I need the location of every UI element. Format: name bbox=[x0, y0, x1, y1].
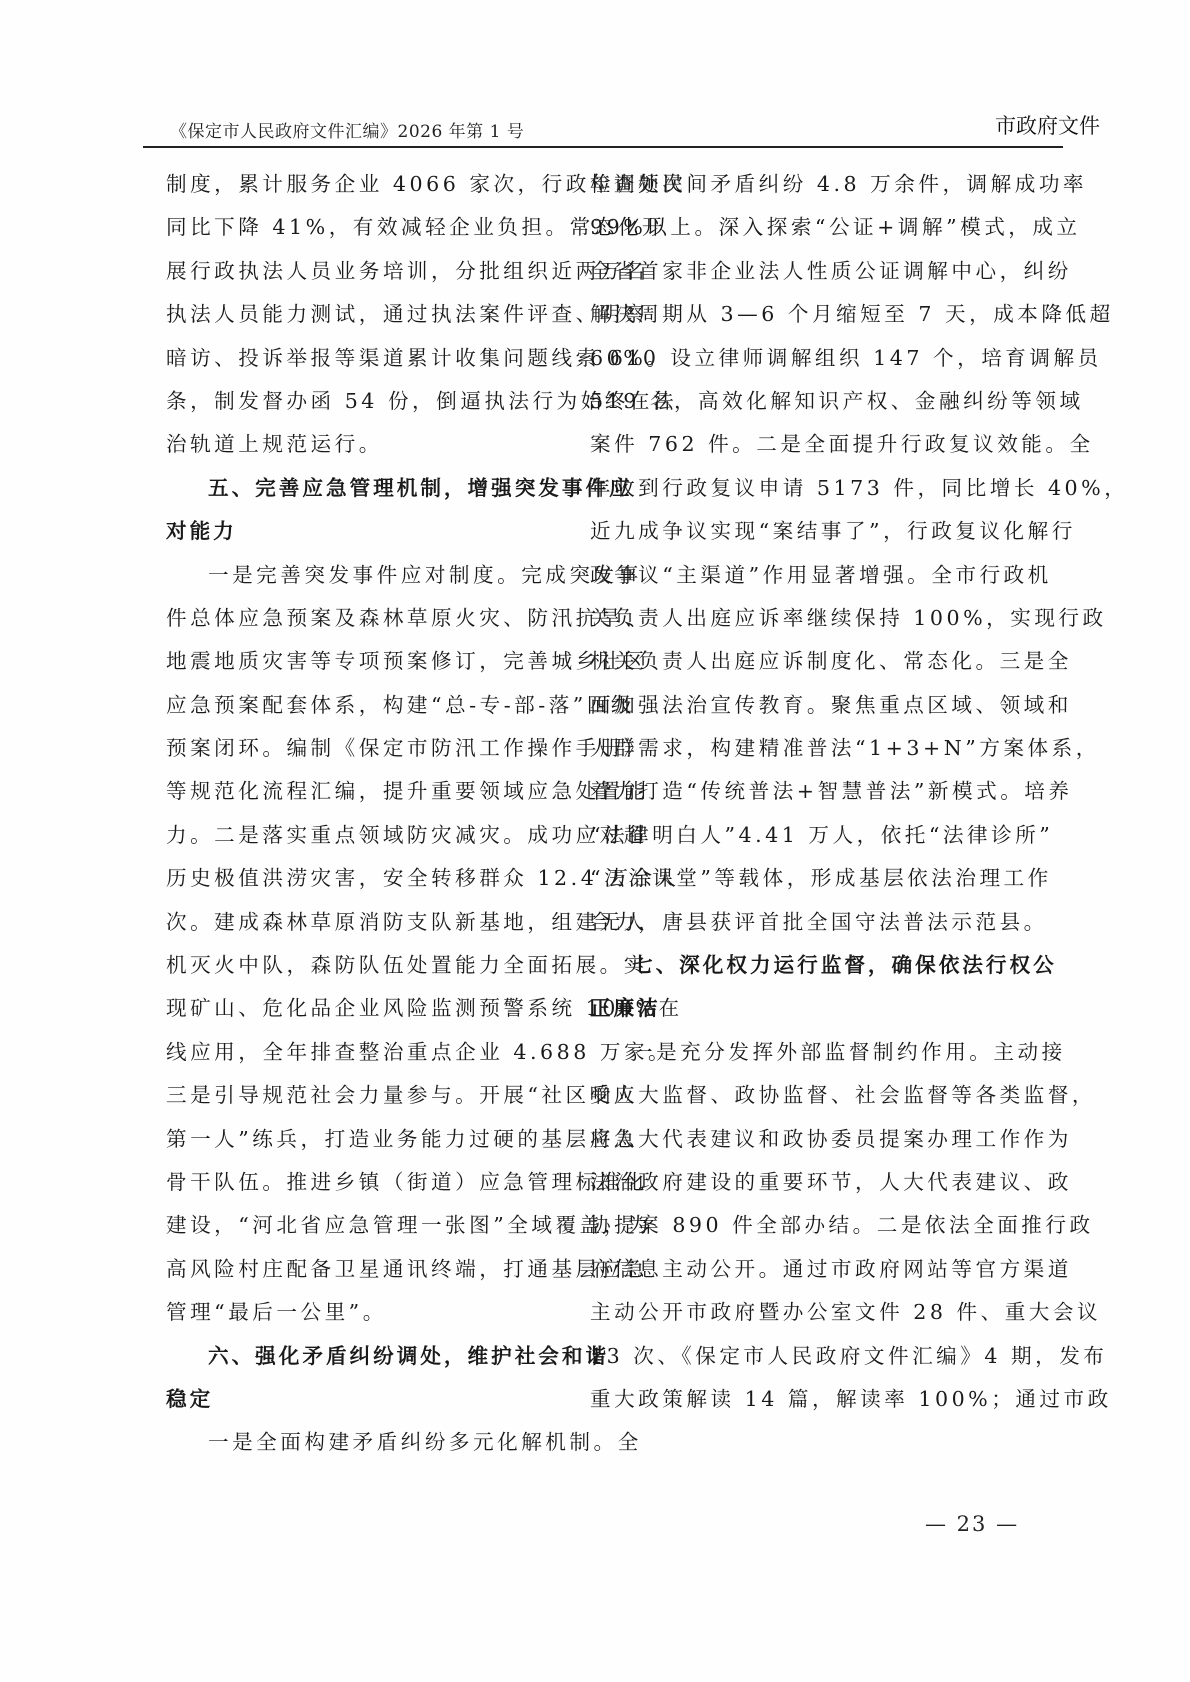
body-text-line: 主动公开市政府暨办公室文件 28 件、重大会议 bbox=[590, 1291, 1010, 1334]
body-text-line: 519 名，高效化解知识产权、金融纠纷等领域 bbox=[590, 380, 1010, 423]
section-heading-line: 正廉洁 bbox=[590, 987, 1010, 1030]
header-divider bbox=[143, 146, 1063, 148]
body-text-line: 地震地质灾害等专项预案修订，完善城乡社区 bbox=[166, 640, 586, 683]
body-text-line: 合力，唐县获评首批全国守法普法示范县。 bbox=[590, 901, 1010, 944]
body-text-line: 协提案 890 件全部办结。二是依法全面推行政 bbox=[590, 1204, 1010, 1247]
body-text-line: 府信息主动公开。通过市政府网站等官方渠道 bbox=[590, 1248, 1010, 1291]
body-text-line: 第一人”练兵，打造业务能力过硬的基层应急 bbox=[166, 1118, 586, 1161]
body-text-line: 高风险村庄配备卫星通讯终端，打通基层应急 bbox=[166, 1248, 586, 1291]
body-text-line: 着力打造“传统普法+智慧普法”新模式。培养 bbox=[590, 770, 1010, 813]
body-text-line: 受人大监督、政协监督、社会监督等各类监督， bbox=[590, 1074, 1010, 1117]
body-text-line: 执法人员能力测试，通过执法案件评查、明察 bbox=[166, 293, 586, 336]
body-text-line: 法治政府建设的重要环节，人大代表建议、政 bbox=[590, 1161, 1010, 1204]
body-text-line: 政争议“主渠道”作用显著增强。全市行政机 bbox=[590, 554, 1010, 597]
body-text-line: 全省首家非企业法人性质公证调解中心，纠纷 bbox=[590, 250, 1010, 293]
body-text-line: “法治课堂”等载体，形成基层依法治理工作 bbox=[590, 857, 1010, 900]
section-heading-line: 稳定 bbox=[166, 1378, 586, 1421]
body-text-line: 同比下降 41%，有效减轻企业负担。常态化开 bbox=[166, 206, 586, 249]
body-text-line: 次。建成森林草原消防支队新基地，组建无人 bbox=[166, 901, 586, 944]
body-text-line: 13 次、《保定市人民政府文件汇编》4 期，发布 bbox=[590, 1335, 1010, 1378]
body-text-line: 展行政执法人员业务培训，分批组织近两万名 bbox=[166, 250, 586, 293]
section-heading-line: 五、完善应急管理机制，增强突发事件应 bbox=[166, 467, 586, 510]
body-text-line: 机灭火中队，森防队伍处置能力全面拓展。实 bbox=[166, 944, 586, 987]
body-text-line: 三是引导规范社会力量参与。开展“社区响应 bbox=[166, 1074, 586, 1117]
body-text-line: 面加强法治宣传教育。聚焦重点区域、领域和 bbox=[590, 684, 1010, 727]
section-label: 市政府文件 bbox=[995, 110, 1100, 140]
body-text-line: 管理“最后一公里”。 bbox=[166, 1291, 586, 1334]
page-number: — 23 — bbox=[925, 1512, 1019, 1536]
body-text-line: 解决周期从 3—6 个月缩短至 7 天，成本降低超 bbox=[590, 293, 1010, 336]
section-heading-line: 六、强化矛盾纠纷调处，维护社会和谐 bbox=[166, 1335, 586, 1378]
section-heading-line: 七、深化权力运行监督，确保依法行权公 bbox=[590, 944, 1010, 987]
body-text-line: 线应用，全年排查整治重点企业 4.688 万家。 bbox=[166, 1031, 586, 1074]
body-text-line: 等规范化流程汇编，提升重要领域应急处置能 bbox=[166, 770, 586, 813]
body-text-line: 预案闭环。编制《保定市防汛工作操作手册》 bbox=[166, 727, 586, 770]
body-text-line: 一是全面构建矛盾纠纷多元化解机制。全 bbox=[166, 1421, 586, 1464]
document-page: 《保定市人民政府文件汇编》2026 年第 1 号 市政府文件 制度，累计服务企业… bbox=[0, 0, 1190, 1682]
body-text-line: 历史极值洪涝灾害，安全转移群众 12.4 万余人 bbox=[166, 857, 586, 900]
body-text-line: 建设，“河北省应急管理一张图”全域覆盖，为 bbox=[166, 1204, 586, 1247]
body-text-line: 力。二是落实重点领域防灾减灾。成功应对超 bbox=[166, 814, 586, 857]
body-text-line: 治轨道上规范运行。 bbox=[166, 423, 586, 466]
body-text-line: 条，制发督办函 54 份，倒逼执法行为始终在法 bbox=[166, 380, 586, 423]
body-text-line: 60%。设立律师调解组织 147 个，培育调解员 bbox=[590, 337, 1010, 380]
right-column: 年调处民间矛盾纠纷 4.8 万余件，调解成功率99%以上。深入探索“公证+调解”… bbox=[590, 163, 1010, 1421]
body-text-line: 年收到行政复议申请 5173 件，同比增长 40%， bbox=[590, 467, 1010, 510]
body-text-line: 一是充分发挥外部监督制约作用。主动接 bbox=[590, 1031, 1010, 1074]
body-text-line: 近九成争议实现“案结事了”，行政复议化解行 bbox=[590, 510, 1010, 553]
body-text-line: 一是完善突发事件应对制度。完成突发事 bbox=[166, 554, 586, 597]
body-text-line: 现矿山、危化品企业风险监测预警系统 100%在 bbox=[166, 987, 586, 1030]
body-text-line: 年调处民间矛盾纠纷 4.8 万余件，调解成功率 bbox=[590, 163, 1010, 206]
body-text-line: “法律明白人”4.41 万人，依托“法律诊所” bbox=[590, 814, 1010, 857]
body-text-line: 机关负责人出庭应诉制度化、常态化。三是全 bbox=[590, 640, 1010, 683]
body-text-line: 99%以上。深入探索“公证+调解”模式，成立 bbox=[590, 206, 1010, 249]
body-text-line: 案件 762 件。二是全面提升行政复议效能。全 bbox=[590, 423, 1010, 466]
publication-title: 《保定市人民政府文件汇编》2026 年第 1 号 bbox=[170, 117, 524, 142]
body-text-line: 骨干队伍。推进乡镇（街道）应急管理标准化 bbox=[166, 1161, 586, 1204]
body-text-line: 暗访、投诉举报等渠道累计收集问题线索 610 bbox=[166, 337, 586, 380]
body-text-line: 件总体应急预案及森林草原火灾、防汛抗旱、 bbox=[166, 597, 586, 640]
body-text-line: 关负责人出庭应诉率继续保持 100%，实现行政 bbox=[590, 597, 1010, 640]
body-text-line: 应急预案配套体系，构建“总-专-部-落”四级 bbox=[166, 684, 586, 727]
body-text-line: 制度，累计服务企业 4066 家次，行政检查频次 bbox=[166, 163, 586, 206]
left-column: 制度，累计服务企业 4066 家次，行政检查频次同比下降 41%，有效减轻企业负… bbox=[166, 163, 586, 1465]
body-text-line: 重大政策解读 14 篇，解读率 100%；通过市政 bbox=[590, 1378, 1010, 1421]
body-text-line: 人群需求，构建精准普法“1+3+N”方案体系， bbox=[590, 727, 1010, 770]
page-header: 《保定市人民政府文件汇编》2026 年第 1 号 市政府文件 bbox=[160, 110, 1060, 146]
section-heading-line: 对能力 bbox=[166, 510, 586, 553]
body-text-line: 将人大代表建议和政协委员提案办理工作作为 bbox=[590, 1118, 1010, 1161]
